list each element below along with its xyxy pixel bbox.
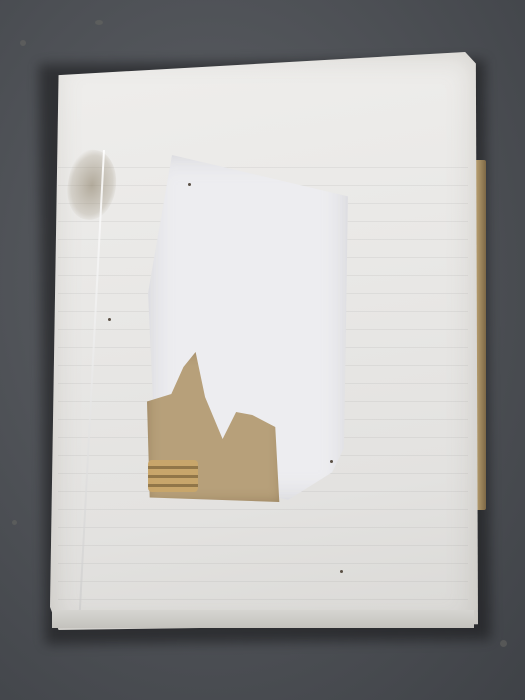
corrugated-layer <box>148 460 198 492</box>
debris-speck <box>330 460 333 463</box>
debris-speck <box>340 570 343 573</box>
floor-speck <box>500 640 507 647</box>
debris-speck <box>188 183 191 186</box>
floor-speck <box>95 20 103 25</box>
debris-speck <box>108 318 111 321</box>
floor-speck <box>20 40 26 46</box>
floor-speck <box>12 520 17 525</box>
box-bottom-edge <box>52 610 474 628</box>
